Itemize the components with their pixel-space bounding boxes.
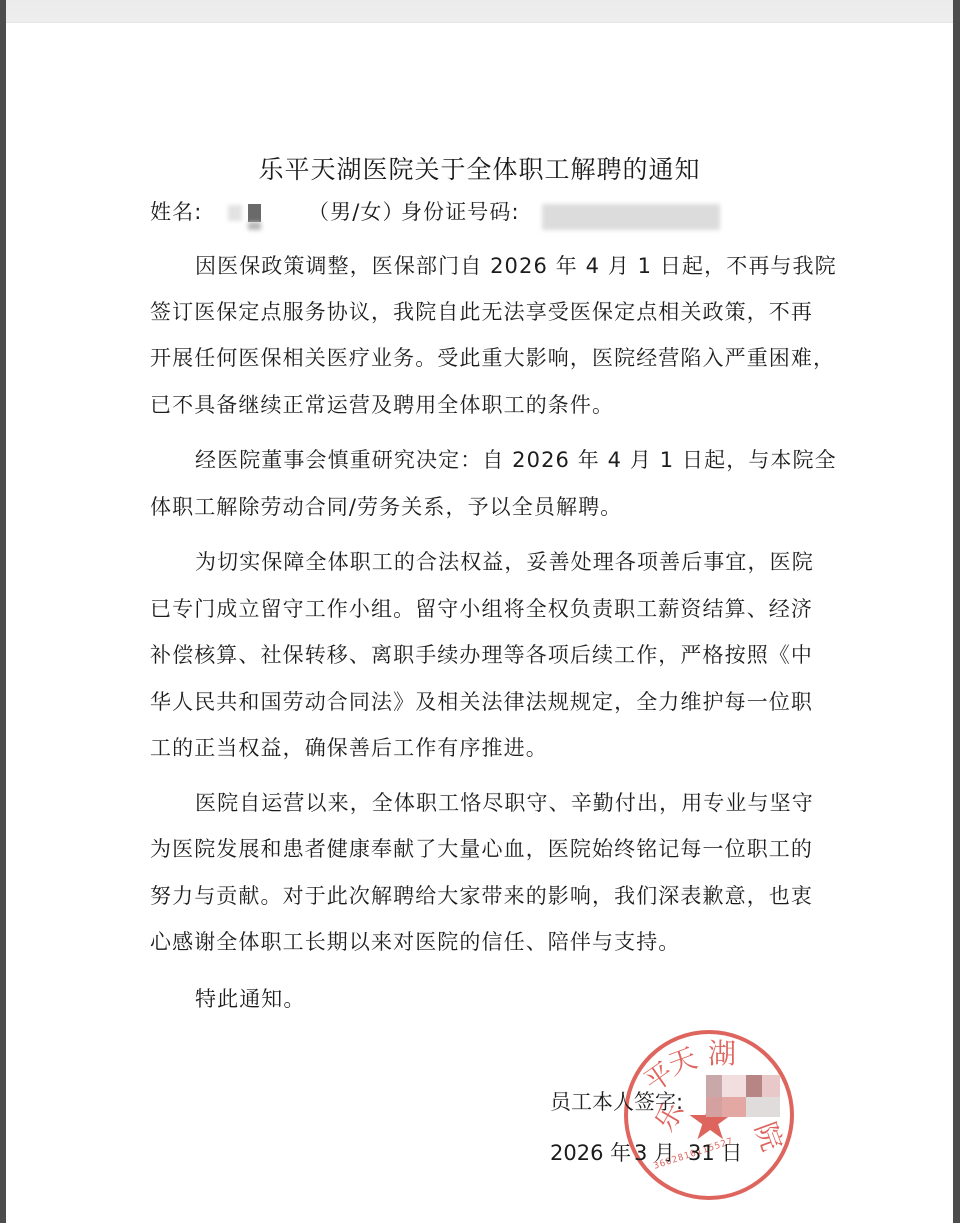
seal-char: 院 <box>746 1116 793 1156</box>
redacted-name <box>248 204 261 222</box>
name-label: 姓名: <box>150 196 202 226</box>
paragraph-2-line: 体职工解除劳动合同/劳务关系，予以全员解聘。 <box>150 491 622 521</box>
paragraph-1-line: 开展任何医保相关医疗业务。受此重大影响，医院经营陷入严重困难， <box>150 342 835 372</box>
paragraph-3-line: 华人民共和国劳动合同法》及相关法律法规规定，全力维护每一位职 <box>150 686 813 716</box>
signature-date-day: 31 日 <box>688 1137 742 1167</box>
redacted-name <box>228 205 242 221</box>
redacted-name <box>248 222 261 230</box>
paragraph-3-line: 工的正当权益，确保善后工作有序推进。 <box>150 732 548 762</box>
document-page: 乐平天湖医院关于全体职工解聘的通知 姓名: （男/女） 身份证号码: 因医保政策… <box>6 0 953 1223</box>
signature-date-month: 3 月 <box>634 1137 675 1167</box>
redacted-id-number <box>542 204 720 230</box>
employee-signature-label: 员工本人签字: <box>550 1086 683 1116</box>
paragraph-3-line: 已专门成立留守工作小组。留守小组将全权负责职工薪资结算、经济 <box>150 593 813 623</box>
paragraph-2-line: 经医院董事会慎重研究决定：自 2026 年 4 月 1 日起，与本院全 <box>195 444 837 474</box>
paragraph-3-line: 为切实保障全体职工的合法权益，妥善处理各项善后事宜，医院 <box>195 546 814 576</box>
paragraph-4-line: 努力与贡献。对于此次解聘给大家带来的影响，我们深表歉意，也衷 <box>150 880 813 910</box>
closing-text: 特此通知。 <box>195 983 306 1013</box>
seal-char: 湖 <box>708 1032 736 1072</box>
paragraph-1-line: 已不具备继续正常运营及聘用全体职工的条件。 <box>150 389 614 419</box>
paragraph-1-line: 因医保政策调整，医保部门自 2026 年 4 月 1 日起，不再与我院 <box>195 250 837 280</box>
top-band <box>6 0 953 23</box>
paragraph-3-line: 补偿核算、社保转移、离职手续办理等各项后续工作，严格按照《中 <box>150 639 813 669</box>
redacted-signature <box>706 1075 786 1120</box>
paragraph-1-line: 签订医保定点服务协议，我院自此无法享受医保定点相关政策，不再 <box>150 296 813 326</box>
gender-label: （男/女） <box>308 196 405 226</box>
paragraph-4-line: 为医院发展和患者健康奉献了大量心血，医院始终铭记每一位职工的 <box>150 833 813 863</box>
paragraph-4-line: 医院自运营以来，全体职工恪尽职守、辛勤付出，用专业与坚守 <box>195 787 814 817</box>
document-title: 乐平天湖医院关于全体职工解聘的通知 <box>6 150 953 186</box>
id-number-label: 身份证号码: <box>401 196 520 226</box>
signature-date-year: 2026 年 <box>550 1137 631 1167</box>
paragraph-4-line: 心感谢全体职工长期以来对医院的信任、陪伴与支持。 <box>150 926 680 956</box>
